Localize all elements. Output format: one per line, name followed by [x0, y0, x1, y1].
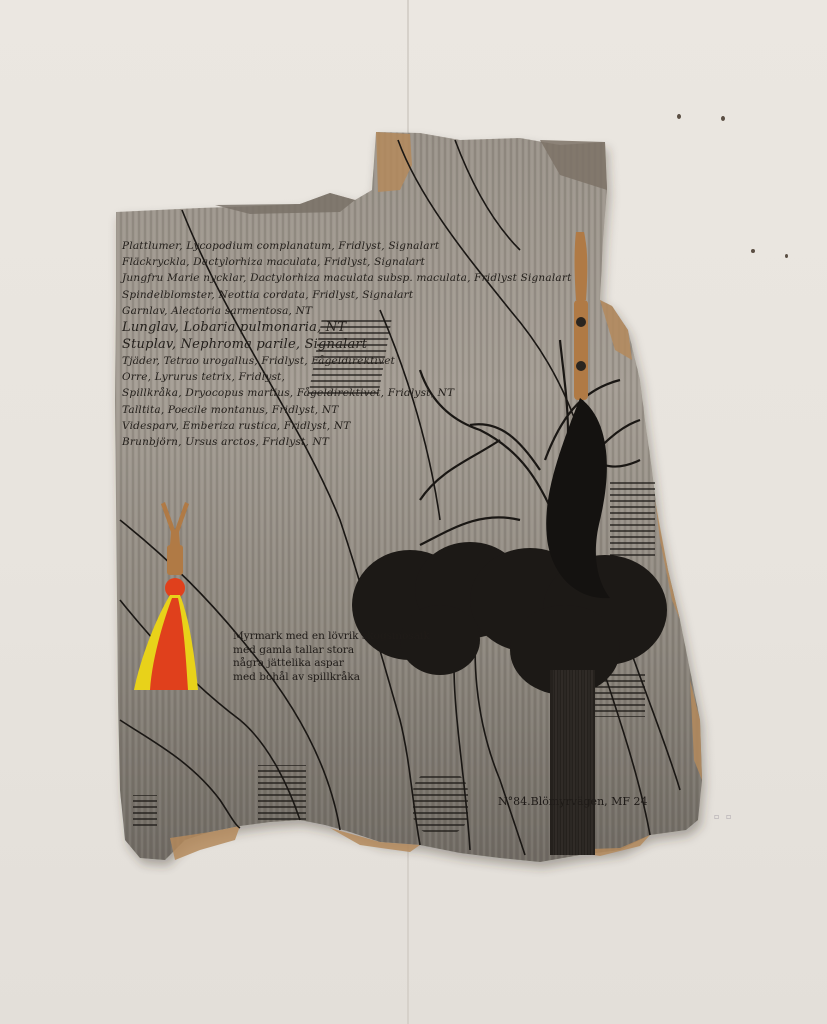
species-line: Orre, Lyrurus tetrix, Fridlyst,: [122, 369, 592, 385]
species-list: Plattlumer, Lycopodium complanatum, Frid…: [122, 238, 592, 450]
species-line: Jungfru Marie nycklar, Dactylorhiza macu…: [122, 270, 592, 286]
species-line: Stuplav, Nephroma parile, Signalart: [122, 336, 592, 353]
species-line: Tjäder, Tetrao urogallus, Fridlyst, Fåge…: [122, 353, 592, 369]
caption-line: med bohål av spillkråka: [233, 671, 463, 685]
species-line: Spillkråka, Dryocopus martius, Fågeldire…: [122, 385, 592, 401]
species-line: Videsparv, Emberiza rustica, Fridlyst, N…: [122, 418, 592, 434]
caption-line: Myrmark med en lövrik skogsmosaik: [233, 630, 463, 644]
species-line: Plattlumer, Lycopodium complanatum, Frid…: [122, 238, 592, 254]
artist-signature: N°84.Blömyrvägen, MF 24: [498, 795, 648, 808]
habitat-caption: Myrmark med en lövrik skogsmosaik med ga…: [233, 630, 463, 684]
caption-line: med gamla tallar stora: [233, 644, 463, 658]
species-line: Brunbjörn, Ursus arctos, Fridlyst, NT: [122, 434, 592, 450]
species-line: Garnlav, Alectoria sarmentosa, NT: [122, 303, 592, 319]
species-line: Talltita, Poecile montanus, Fridlyst, NT: [122, 402, 592, 418]
species-line: Spindelblomster, Neottia cordata, Fridly…: [122, 287, 592, 303]
species-line: Lunglav, Lobaria pulmonaria, NT: [122, 319, 592, 336]
species-line: Fläckryckla, Dactylorhiza maculata, Frid…: [122, 254, 592, 270]
caption-line: några jättelika aspar: [233, 657, 463, 671]
artwork-board: [0, 0, 827, 1024]
